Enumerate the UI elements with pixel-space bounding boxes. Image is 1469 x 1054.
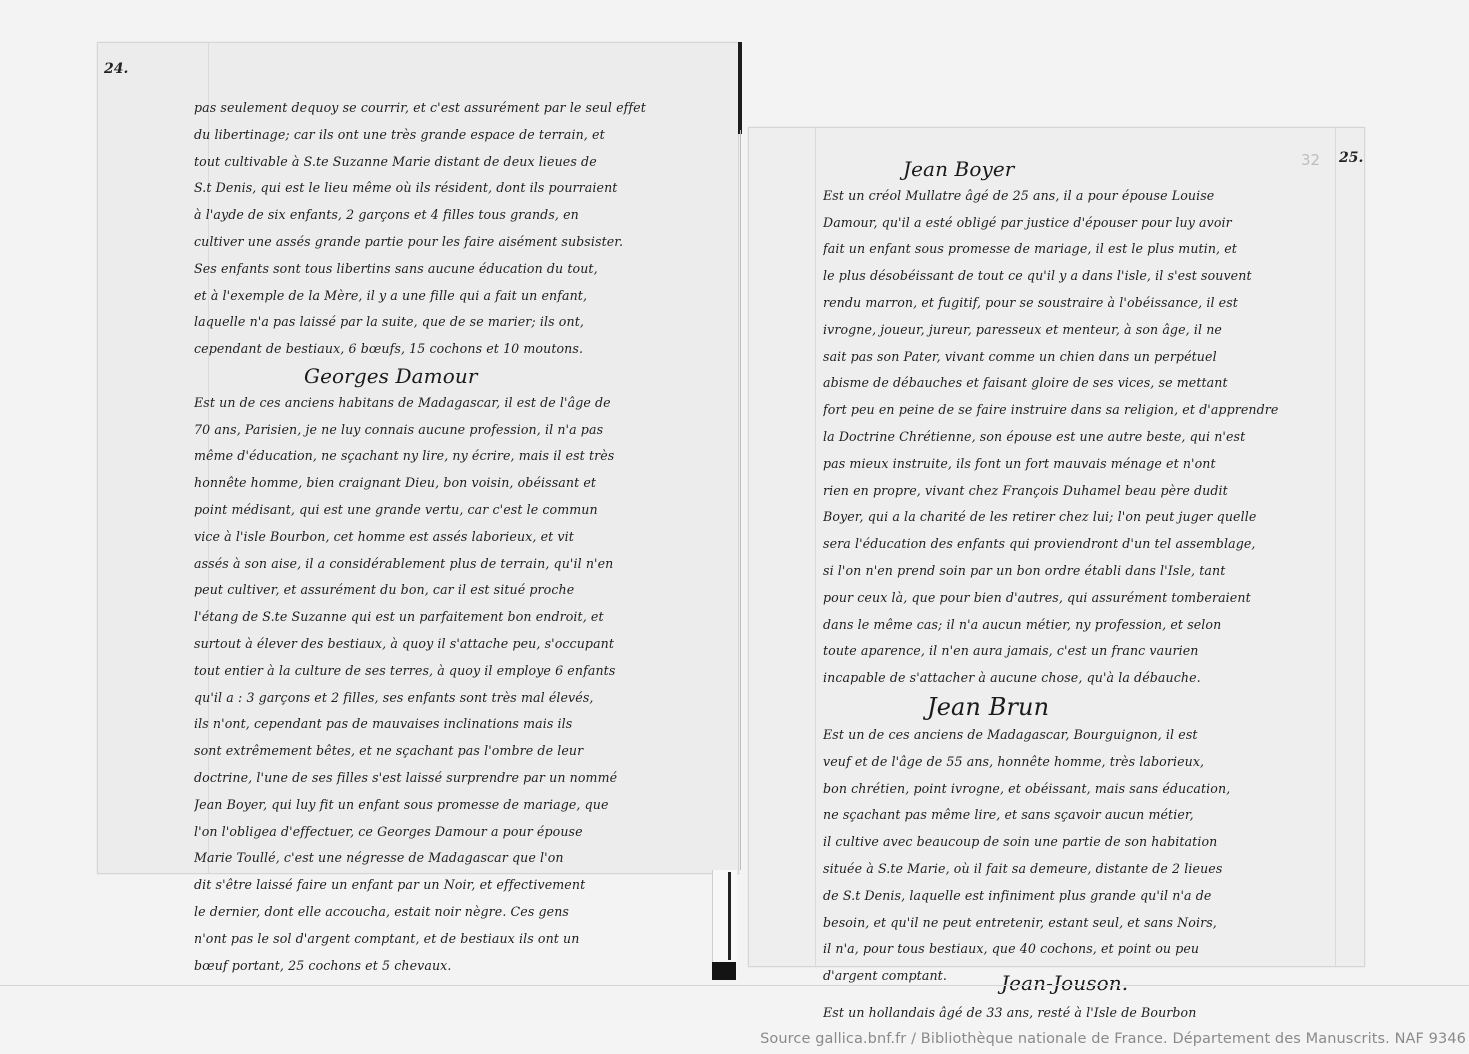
text-line: pas seulement dequoy se courrir, et c'es… (194, 95, 734, 122)
text-line: ne sçachant pas même lire, et sans sçavo… (823, 802, 1343, 829)
text-line: de S.t Denis, laquelle est infiniment pl… (823, 883, 1343, 910)
text-line: l'étang de S.te Suzanne qui est un parfa… (194, 604, 734, 631)
left-page: 24. pas seulement dequoy se courrir, et … (97, 42, 739, 874)
text-line: du libertinage; car ils ont une très gra… (194, 122, 734, 149)
text-line: dans le même cas; il n'a aucun métier, n… (823, 612, 1343, 639)
text-line: il n'a, pour tous bestiaux, que 40 cocho… (823, 936, 1343, 963)
text-line: bon chrétien, point ivrogne, et obéissan… (823, 776, 1343, 803)
source-attribution: Source gallica.bnf.fr / Bibliothèque nat… (760, 1031, 1466, 1047)
text-line: l'on l'obligea d'effectuer, ce Georges D… (194, 819, 734, 846)
text-line: cependant de bestiaux, 6 bœufs, 15 cocho… (194, 336, 734, 363)
text-line: fort peu en peine de se faire instruire … (823, 397, 1343, 424)
text-line: assés à son aise, il a considérablement … (194, 551, 734, 578)
text-line: Est un créol Mullatre âgé de 25 ans, il … (823, 183, 1343, 210)
text-line: sont extrêmement bêtes, et ne sçachant p… (194, 738, 734, 765)
text-line: surtout à élever des bestiaux, à quoy il… (194, 631, 734, 658)
text-line: toute aparence, il n'en aura jamais, c'e… (823, 638, 1343, 665)
right-page: 32 25. Jean Boyer Est un créol Mullatre … (748, 127, 1365, 967)
entry-heading-jean-jouson: Jean-Jouson. (951, 970, 1128, 997)
text-line: peut cultiver, et assurément du bon, car… (194, 577, 734, 604)
text-line: il cultive avec beaucoup de soin une par… (823, 829, 1343, 856)
text-line: fait un enfant sous promesse de mariage,… (823, 236, 1343, 263)
text-line: honnête homme, bien craignant Dieu, bon … (194, 470, 734, 497)
text-line: tout cultivable à S.te Suzanne Marie dis… (194, 149, 734, 176)
text-line: à l'ayde de six enfants, 2 garçons et 4 … (194, 202, 734, 229)
text-line: qu'il a : 3 garçons et 2 filles, ses enf… (194, 685, 734, 712)
text-line: doctrine, l'une de ses filles s'est lais… (194, 765, 734, 792)
text-line: Damour, qu'il a esté obligé par justice … (823, 210, 1343, 237)
text-line: n'ont pas le sol d'argent comptant, et d… (194, 926, 734, 953)
text-line: Est un de ces anciens habitans de Madaga… (194, 390, 734, 417)
text-line: ivrogne, joueur, jureur, paresseux et me… (823, 317, 1343, 344)
entry-heading-jean-boyer: Jean Boyer (823, 156, 1343, 183)
text-line: pour ceux là, que pour bien d'autres, qu… (823, 585, 1343, 612)
text-line: 70 ans, Parisien, je ne luy connais aucu… (194, 417, 734, 444)
text-line: la Doctrine Chrétienne, son épouse est u… (823, 424, 1343, 451)
entry-heading-georges-damour: Georges Damour (194, 363, 734, 390)
text-line: ils n'ont, cependant pas de mauvaises in… (194, 711, 734, 738)
text-line: rien en propre, vivant chez François Duh… (823, 478, 1343, 505)
text-line: Boyer, qui a la charité de les retirer c… (823, 504, 1343, 531)
text-line: S.t Denis, qui est le lieu même où ils r… (194, 175, 734, 202)
text-line: même d'éducation, ne sçachant ny lire, n… (194, 443, 734, 470)
text-line: vice à l'isle Bourbon, cet homme est ass… (194, 524, 734, 551)
text-line: Ses enfants sont tous libertins sans auc… (194, 256, 734, 283)
folio-number: 24. (104, 61, 128, 77)
text-line: point médisant, qui est une grande vertu… (194, 497, 734, 524)
binding-foot (712, 962, 736, 980)
text-line: tout entier à la culture de ses terres, … (194, 658, 734, 685)
text-line: située à S.te Marie, où il fait sa demeu… (823, 856, 1343, 883)
text-line: laquelle n'a pas laissé par la suite, qu… (194, 309, 734, 336)
text-line: besoin, et qu'il ne peut entretenir, est… (823, 910, 1343, 937)
text-line: bœuf portant, 25 cochons et 5 chevaux. (194, 953, 734, 980)
right-page-text: Jean Boyer Est un créol Mullatre âgé de … (823, 156, 1343, 1027)
binding-strip-edge (728, 872, 731, 960)
text-line: cultiver une assés grande partie pour le… (194, 229, 734, 256)
binding-spine-top (738, 42, 742, 134)
text-line: dit s'être laissé faire un enfant par un… (194, 872, 734, 899)
binding-gutter-line (740, 130, 741, 870)
text-line: rendu marron, et fugitif, pour se soustr… (823, 290, 1343, 317)
left-page-text: pas seulement dequoy se courrir, et c'es… (194, 95, 734, 979)
text-line: sait pas son Pater, vivant comme un chie… (823, 344, 1343, 371)
text-line: le dernier, dont elle accoucha, estait n… (194, 899, 734, 926)
text-line: pas mieux instruite, ils font un fort ma… (823, 451, 1343, 478)
scan-bed-edge (0, 985, 1469, 986)
text-line: veuf et de l'âge de 55 ans, honnête homm… (823, 749, 1343, 776)
text-line: incapable de s'attacher à aucune chose, … (823, 665, 1343, 692)
entry-heading-jean-brun: Jean Brun (823, 692, 1343, 722)
text-line: Est un hollandais âgé de 33 ans, resté à… (823, 1000, 1343, 1027)
text-line: sera l'éducation des enfants qui provien… (823, 531, 1343, 558)
text-line: le plus désobéissant de tout ce qu'il y … (823, 263, 1343, 290)
margin-rule (815, 128, 816, 966)
text-line: Jean Boyer, qui luy fit un enfant sous p… (194, 792, 734, 819)
text-line: si l'on n'en prend soin par un bon ordre… (823, 558, 1343, 585)
text-line: Est un de ces anciens de Madagascar, Bou… (823, 722, 1343, 749)
manuscript-scan: 24. pas seulement dequoy se courrir, et … (0, 0, 1469, 1020)
text-line: Marie Toullé, c'est une négresse de Mada… (194, 845, 734, 872)
text-line: et à l'exemple de la Mère, il y a une fi… (194, 283, 734, 310)
text-line: abisme de débauches et faisant gloire de… (823, 370, 1343, 397)
